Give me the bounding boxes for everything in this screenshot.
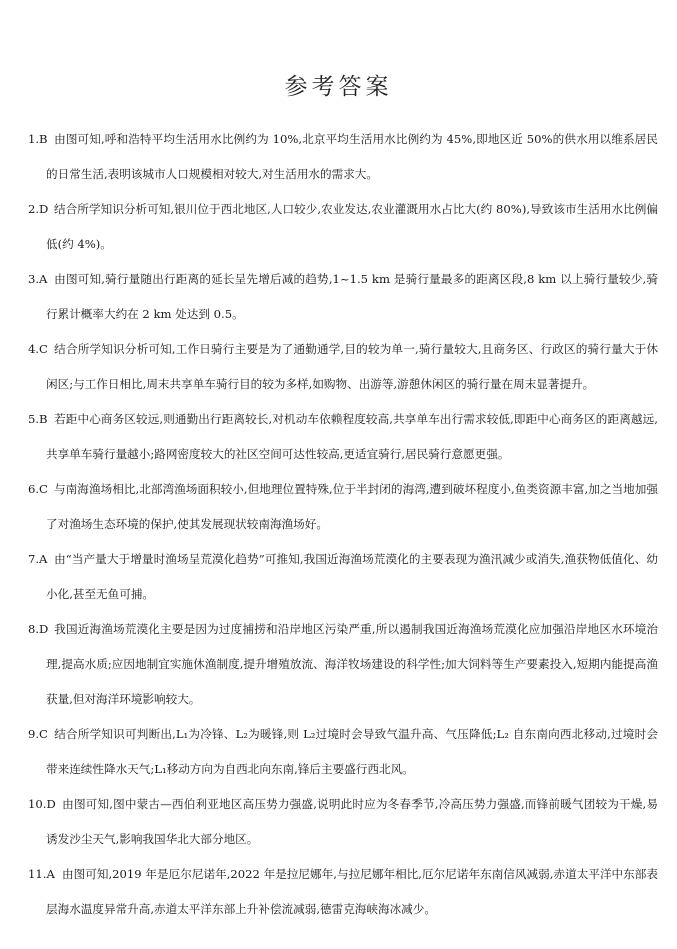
answer-text: 由“当产量大于增量时渔场呈荒漠化趋势”可推知,我国近海渔场荒漠化的主要表现为渔汛…	[46, 552, 658, 601]
answer-label: 2.D	[28, 192, 54, 227]
answer-text: 结合所学知识可判断出,L₁为冷锋、L₂为暖锋,则 L₂过境时会导致气温升高、气压…	[46, 727, 658, 776]
answer-label: 10.D	[28, 787, 62, 822]
answer-label: 8.D	[28, 612, 54, 647]
answer-label: 3.A	[28, 262, 54, 297]
answer-item: 2.D结合所学知识分析可知,银川位于西北地区,人口较少,农业发达,农业灌溉用水占…	[28, 192, 658, 262]
answer-item: 6.C与南海渔场相比,北部湾渔场面积较小,但地理位置特殊,位于半封闭的海湾,遭到…	[28, 472, 658, 542]
answer-item: 4.C结合所学知识分析可知,工作日骑行主要是为了通勤通学,目的较为单一,骑行量较…	[28, 332, 658, 402]
answer-item: 9.C结合所学知识可判断出,L₁为冷锋、L₂为暖锋,则 L₂过境时会导致气温升高…	[28, 717, 658, 787]
page-title: 参考答案	[0, 68, 677, 101]
answer-item: 7.A由“当产量大于增量时渔场呈荒漠化趋势”可推知,我国近海渔场荒漠化的主要表现…	[28, 542, 658, 612]
answer-text: 若距中心商务区较远,则通勤出行距离较长,对机动车依赖程度较高,共享单车出行需求较…	[46, 412, 658, 461]
answer-item: 10.D由图可知,图中蒙古—西伯利亚地区高压势力强盛,说明此时应为冬春季节,冷高…	[28, 787, 658, 857]
answer-label: 4.C	[28, 332, 54, 367]
answer-text: 由图可知,骑行量随出行距离的延长呈先增后减的趋势,1~1.5 km 是骑行量最多…	[46, 272, 658, 321]
answer-item: 1.B由图可知,呼和浩特平均生活用水比例约为 10%,北京平均生活用水比例约为 …	[28, 122, 658, 192]
answer-text: 由图可知,图中蒙古—西伯利亚地区高压势力强盛,说明此时应为冬春季节,冷高压势力强…	[46, 797, 658, 846]
answer-item: 5.B若距中心商务区较远,则通勤出行距离较长,对机动车依赖程度较高,共享单车出行…	[28, 402, 658, 472]
answer-text: 结合所学知识分析可知,工作日骑行主要是为了通勤通学,目的较为单一,骑行量较大,且…	[46, 342, 658, 391]
answer-text: 我国近海渔场荒漠化主要是因为过度捕捞和沿岸地区污染严重,所以遏制我国近海渔场荒漠…	[46, 622, 658, 706]
answer-item: 11.A由图可知,2019 年是厄尔尼诺年,2022 年是拉尼娜年,与拉尼娜年相…	[28, 857, 658, 927]
answer-text: 由图可知,呼和浩特平均生活用水比例约为 10%,北京平均生活用水比例约为 45%…	[46, 132, 658, 181]
answer-label: 11.A	[28, 857, 62, 892]
answer-item: 3.A由图可知,骑行量随出行距离的延长呈先增后减的趋势,1~1.5 km 是骑行…	[28, 262, 658, 332]
answer-label: 5.B	[28, 402, 54, 437]
answer-text: 结合所学知识分析可知,银川位于西北地区,人口较少,农业发达,农业灌溉用水占比大(…	[46, 202, 658, 251]
answer-label: 1.B	[28, 122, 54, 157]
answer-list: 1.B由图可知,呼和浩特平均生活用水比例约为 10%,北京平均生活用水比例约为 …	[28, 122, 658, 927]
answer-label: 7.A	[28, 542, 54, 577]
answer-item: 8.D我国近海渔场荒漠化主要是因为过度捕捞和沿岸地区污染严重,所以遏制我国近海渔…	[28, 612, 658, 717]
answer-text: 与南海渔场相比,北部湾渔场面积较小,但地理位置特殊,位于半封闭的海湾,遭到破坏程…	[46, 482, 658, 531]
answer-text: 由图可知,2019 年是厄尔尼诺年,2022 年是拉尼娜年,与拉尼娜年相比,厄尔…	[46, 867, 658, 916]
answer-label: 9.C	[28, 717, 54, 752]
answer-label: 6.C	[28, 472, 54, 507]
